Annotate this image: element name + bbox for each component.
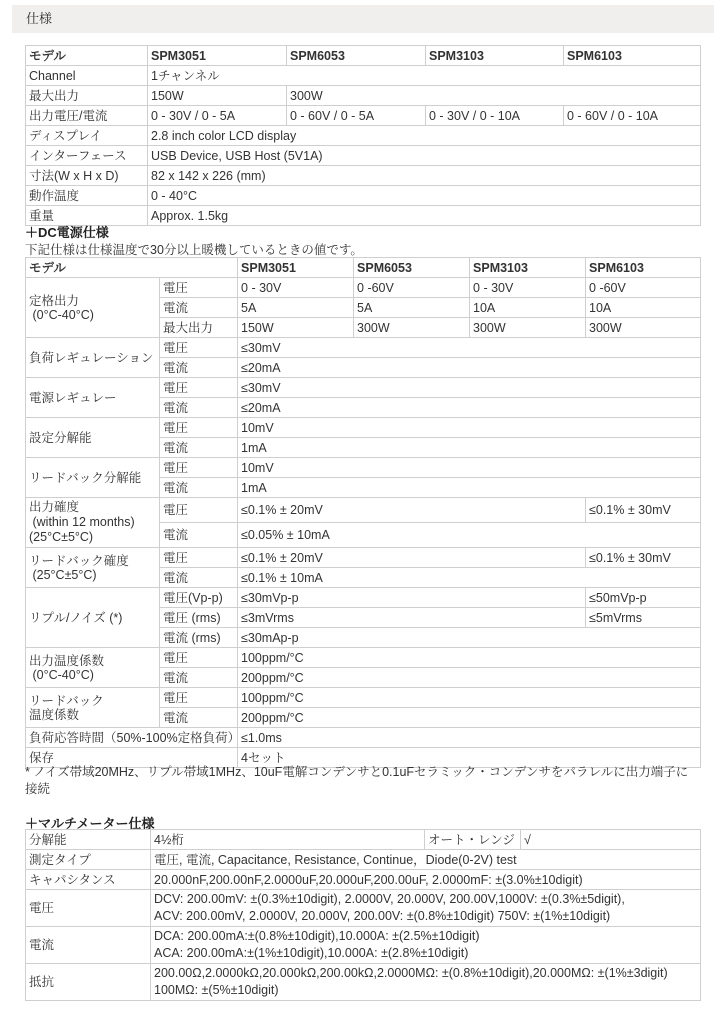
value-line: 200.00Ω,2.0000kΩ,20.000kΩ,200.00kΩ,2.000… (154, 966, 668, 980)
row-label: 電源レギュレー (26, 378, 160, 418)
param-label: 電流 (rms) (160, 628, 238, 648)
row-label: 出力温度係数 (0°C-40°C) (26, 648, 160, 688)
label-text: リードバック (29, 694, 104, 708)
table-row: 最大出力 150W 300W (26, 86, 701, 106)
cell-value: 0 -60V (354, 278, 470, 298)
table-row: 設定分解能 電圧 10mV (26, 418, 701, 438)
label-text: 出力温度係数 (29, 654, 104, 668)
multimeter-spec-table: 分解能 4½桁 オート・レンジ √ 測定タイプ 電圧, 電流, Capacita… (25, 829, 701, 1001)
table-row: 重量 Approx. 1.5kg (26, 206, 701, 226)
param-label: 電圧 (160, 648, 238, 668)
autorange-label: オート・レンジ (425, 830, 521, 850)
cell-value: 0 - 30V / 0 - 5A (148, 106, 287, 126)
table-row: 負荷応答時間（50%-100%定格負荷） ≤1.0ms (26, 728, 701, 748)
header-cell: SPM6103 (564, 46, 701, 66)
row-label: リプル/ノイズ (*) (26, 588, 160, 648)
table-row: 分解能 4½桁 オート・レンジ √ (26, 830, 701, 850)
cell-value: ≤30mAp-p (238, 628, 701, 648)
row-label: 出力電圧/電流 (26, 106, 148, 126)
header-cell: SPM3103 (470, 258, 586, 278)
cell-value: Approx. 1.5kg (148, 206, 701, 226)
table-row: ディスプレイ 2.8 inch color LCD display (26, 126, 701, 146)
cell-value: 100ppm/°C (238, 648, 701, 668)
cell-value: ≤0.1% ± 20mV (238, 498, 586, 523)
cell-value: 20.000nF,200.00nF,2.0000uF,20.000uF,200.… (151, 870, 701, 890)
param-label: 電流 (160, 478, 238, 498)
cell-value: DCA: 200.00mA:±(0.8%±10digit),10.000A: ±… (151, 927, 701, 964)
cell-value: 100ppm/°C (238, 688, 701, 708)
header-cell: SPM6053 (287, 46, 426, 66)
param-label: 電圧 (160, 548, 238, 568)
param-label: 電圧 (160, 458, 238, 478)
cell-value: 1mA (238, 478, 701, 498)
cell-value: ≤5mVrms (586, 608, 701, 628)
table-row: リードバック分解能 電圧 10mV (26, 458, 701, 478)
dc-section-heading: ＋DC電源仕様 (25, 222, 109, 241)
cell-value: 150W (238, 318, 354, 338)
cell-value: ≤0.1% ± 20mV (238, 548, 586, 568)
param-label: 電流 (160, 568, 238, 588)
cell-value: 300W (586, 318, 701, 338)
table-row: リードバック確度 (25°C±5°C) 電圧 ≤0.1% ± 20mV ≤0.1… (26, 548, 701, 568)
row-label: インターフェース (26, 146, 148, 166)
cell-value: 82 x 142 x 226 (mm) (148, 166, 701, 186)
table-row: 負荷レギュレーション 電圧 ≤30mV (26, 338, 701, 358)
cell-value: 200ppm/°C (238, 668, 701, 688)
row-label: 抵抗 (26, 964, 151, 1001)
cell-value: 10mV (238, 418, 701, 438)
label-subtext: 温度係数 (29, 708, 79, 722)
table-row: 電源レギュレー 電圧 ≤30mV (26, 378, 701, 398)
row-label: キャパシタンス (26, 870, 151, 890)
cell-value: ≤50mVp-p (586, 588, 701, 608)
cell-value: 10A (586, 298, 701, 318)
cell-value: 4½桁 (151, 830, 425, 850)
cell-value: 0 - 60V / 0 - 5A (287, 106, 426, 126)
param-label: 電流 (160, 438, 238, 458)
param-label: 電圧 (160, 338, 238, 358)
cell-value: 200.00Ω,2.0000kΩ,20.000kΩ,200.00kΩ,2.000… (151, 964, 701, 1001)
cell-value: 電圧, 電流, Capacitance, Resistance, Continu… (151, 850, 701, 870)
cell-value: USB Device, USB Host (5V1A) (148, 146, 701, 166)
row-label: 設定分解能 (26, 418, 160, 458)
table-row: 定格出力 (0°C-40°C) 電圧 0 - 30V 0 -60V 0 - 30… (26, 278, 701, 298)
cell-value: 0 - 30V (470, 278, 586, 298)
row-label: 負荷応答時間（50%-100%定格負荷） (26, 728, 238, 748)
general-spec-table: モデル SPM3051 SPM6053 SPM3103 SPM6103 Chan… (25, 45, 701, 226)
row-label: 電圧 (26, 890, 151, 927)
label-text: リードバック確度 (29, 554, 129, 568)
table-row: 電流 DCA: 200.00mA:±(0.8%±10digit),10.000A… (26, 927, 701, 964)
cell-value: ≤0.1% ± 30mV (586, 498, 701, 523)
cell-value: 2.8 inch color LCD display (148, 126, 701, 146)
table-row: Channel 1チャンネル (26, 66, 701, 86)
cell-value: 10mV (238, 458, 701, 478)
table-row: 出力温度係数 (0°C-40°C) 電圧 100ppm/°C (26, 648, 701, 668)
value-line: DCA: 200.00mA:±(0.8%±10digit),10.000A: ±… (154, 929, 480, 943)
value-line: ACA: 200.00mA:±(1%±10digit),10.000A: ±(2… (154, 946, 468, 960)
label-subtext: (25°C±5°C) (29, 530, 93, 544)
param-label: 電流 (160, 668, 238, 688)
row-label: 動作温度 (26, 186, 148, 206)
param-label: 電圧 (rms) (160, 608, 238, 628)
header-cell: SPM3051 (238, 258, 354, 278)
cell-value: 5A (354, 298, 470, 318)
row-label: 最大出力 (26, 86, 148, 106)
cell-value: ≤30mV (238, 378, 701, 398)
row-label: 測定タイプ (26, 850, 151, 870)
cell-value: 200ppm/°C (238, 708, 701, 728)
cell-value: ≤0.05% ± 10mA (238, 523, 701, 548)
cell-value: 5A (238, 298, 354, 318)
dc-spec-table: モデル SPM3051 SPM6053 SPM3103 SPM6103 定格出力… (25, 257, 701, 768)
table-row: 出力電圧/電流 0 - 30V / 0 - 5A 0 - 60V / 0 - 5… (26, 106, 701, 126)
header-cell: SPM3103 (426, 46, 564, 66)
param-label: 電流 (160, 708, 238, 728)
label-subtext: (25°C±5°C) (32, 568, 96, 582)
table-row: 測定タイプ 電圧, 電流, Capacitance, Resistance, C… (26, 850, 701, 870)
table-row: リードバック温度係数 電圧 100ppm/°C (26, 688, 701, 708)
dc-section-note: 下記仕様は仕様温度で30分以上暖機しているときの値です。 (25, 240, 363, 258)
cell-value: DCV: 200.00mV: ±(0.3%±10digit), 2.0000V,… (151, 890, 701, 927)
param-label: 電圧 (160, 498, 238, 523)
table-row: 寸法(W x H x D) 82 x 142 x 226 (mm) (26, 166, 701, 186)
param-label: 電圧 (160, 278, 238, 298)
param-label: 電流 (160, 523, 238, 548)
param-label: 電流 (160, 298, 238, 318)
cell-value: 300W (470, 318, 586, 338)
cell-value: ≤30mVp-p (238, 588, 586, 608)
row-label: 電流 (26, 927, 151, 964)
cell-value: ≤20mA (238, 398, 701, 418)
row-label: リードバック確度 (25°C±5°C) (26, 548, 160, 588)
header-cell: モデル (26, 46, 148, 66)
cell-value: 1チャンネル (148, 66, 701, 86)
cell-value: ≤1.0ms (238, 728, 701, 748)
header-cell: SPM3051 (148, 46, 287, 66)
cell-value: ≤0.1% ± 10mA (238, 568, 701, 588)
table-row: 動作温度 0 - 40°C (26, 186, 701, 206)
header-cell: SPM6103 (586, 258, 701, 278)
row-label: リードバック分解能 (26, 458, 160, 498)
cell-value: 0 - 60V / 0 - 10A (564, 106, 701, 126)
cell-value: ≤3mVrms (238, 608, 586, 628)
value-line: ACV: 200.00mV, 2.0000V, 20.000V, 200.00V… (154, 909, 610, 923)
label-text: 出力確度 (29, 500, 79, 514)
param-label: 電圧 (160, 378, 238, 398)
cell-value: 300W (287, 86, 701, 106)
label-subtext: (0°C-40°C) (32, 668, 93, 682)
value-line: 100MΩ: ±(5%±10digit) (154, 983, 279, 997)
cell-value: ≤0.1% ± 30mV (586, 548, 701, 568)
table-header-row: モデル SPM3051 SPM6053 SPM3103 SPM6103 (26, 46, 701, 66)
row-label: リードバック温度係数 (26, 688, 160, 728)
param-label: 電圧(Vp-p) (160, 588, 238, 608)
autorange-value: √ (521, 830, 701, 850)
row-label: 寸法(W x H x D) (26, 166, 148, 186)
table-row: 電圧 DCV: 200.00mV: ±(0.3%±10digit), 2.000… (26, 890, 701, 927)
value-line: DCV: 200.00mV: ±(0.3%±10digit), 2.0000V,… (154, 892, 625, 906)
table-row: キャパシタンス 20.000nF,200.00nF,2.0000uF,20.00… (26, 870, 701, 890)
param-label: 電圧 (160, 688, 238, 708)
cell-value: 1mA (238, 438, 701, 458)
cell-value: 0 -60V (586, 278, 701, 298)
row-label: Channel (26, 66, 148, 86)
cell-value: ≤30mV (238, 338, 701, 358)
table-row: 抵抗 200.00Ω,2.0000kΩ,20.000kΩ,200.00kΩ,2.… (26, 964, 701, 1001)
cell-value: 10A (470, 298, 586, 318)
cell-value: 300W (354, 318, 470, 338)
dc-footnote: * ノイズ帯域20MHz、リプル帯域1MHz、10uF電解コンデンサと0.1uF… (25, 764, 697, 798)
table-row: インターフェース USB Device, USB Host (5V1A) (26, 146, 701, 166)
cell-value: 0 - 40°C (148, 186, 701, 206)
row-label: ディスプレイ (26, 126, 148, 146)
table-header-row: モデル SPM3051 SPM6053 SPM3103 SPM6103 (26, 258, 701, 278)
label-subtext: (within 12 months) (32, 515, 134, 529)
page-title: 仕様 (12, 5, 714, 33)
param-label: 最大出力 (160, 318, 238, 338)
param-label: 電流 (160, 358, 238, 378)
label-text: 定格出力 (29, 294, 79, 308)
label-subtext: (0°C-40°C) (32, 308, 93, 322)
cell-value: 0 - 30V (238, 278, 354, 298)
cell-value: ≤20mA (238, 358, 701, 378)
row-label: 負荷レギュレーション (26, 338, 160, 378)
table-row: リプル/ノイズ (*) 電圧(Vp-p) ≤30mVp-p ≤50mVp-p (26, 588, 701, 608)
cell-value: 150W (148, 86, 287, 106)
row-label: 定格出力 (0°C-40°C) (26, 278, 160, 338)
cell-value: 0 - 30V / 0 - 10A (426, 106, 564, 126)
table-row: 出力確度 (within 12 months)(25°C±5°C) 電圧 ≤0.… (26, 498, 701, 523)
header-cell: SPM6053 (354, 258, 470, 278)
param-label: 電圧 (160, 418, 238, 438)
row-label: 出力確度 (within 12 months)(25°C±5°C) (26, 498, 160, 548)
row-label: 分解能 (26, 830, 151, 850)
param-label: 電流 (160, 398, 238, 418)
header-cell: モデル (26, 258, 238, 278)
